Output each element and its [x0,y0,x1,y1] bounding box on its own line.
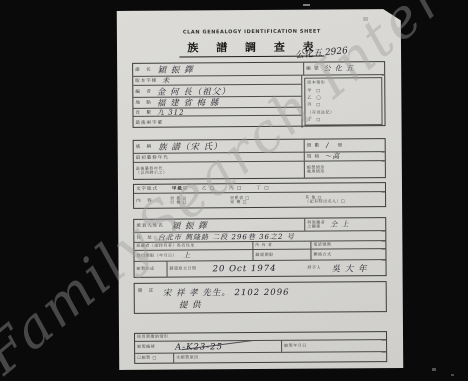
field-film-date-label: 縮製年月日 [284,344,307,349]
field-title-value: 穎 振 鐸 [158,63,194,75]
field-loan-period-label: 借用期限（年月日） [136,254,177,259]
field-call-number-label: 編 號 [306,66,319,72]
section-genealogy-details: 族 稱 族 譜（宋 氏） 冊 數 ∕ 冊 最初纂修年代 規 格 〜高 最後纂修年… [133,138,386,180]
field-compiler-value: 金 何 長（祖父） [157,85,231,97]
field-print-grade-label: 文字版式 [136,186,158,192]
field-clan-name-label: 族 稱 [136,144,153,150]
grade-option-b: 乙 □ [202,185,215,191]
field-return-deadline: 歸還期限 [252,250,310,260]
panel-option-d: 丁 □ [308,117,380,122]
field-size-label: 規 格 [307,154,320,160]
field-film-number-value-cell: A-K23-25 [173,341,281,352]
field-address: 住 址 台北市 興隆路 二段 296巷 36之2 号 [134,231,385,242]
field-handler-label: 經手人 [308,266,322,271]
field-filmed-checkbox-label: 已縮製 □ [137,356,157,361]
field-relationship-value: 仝 上 [330,219,349,229]
field-pages: 頁 數 九 312 [133,108,301,116]
page-corner-cut [382,8,402,21]
field-filming-status: 縮製情形 處理情形 [304,161,385,178]
field-return-deadline-label: 歸還期限 [255,253,273,258]
panel-title: 原本情形 [307,81,379,86]
scan-speck [432,368,436,371]
section-genealogy-identity: 譜 名 穎 振 鐸 編 號 公 化 五 版本字樣 未 編 者 [132,61,385,128]
scan-speck [303,4,310,6]
field-filmed-checkbox: 已縮製 □ [135,353,173,363]
field-last-generations: 最後兩字輩 [133,116,301,129]
field-pages-label: 頁 數 [135,109,152,115]
scanned-document-page: CLAN GENEALOGY IDENTIFICATION SHEET 族 譜 … [117,9,403,370]
field-clan-name: 族 稱 族 譜（宋 氏） [134,140,304,153]
remarks-line1: 宋 祥 孝 先生。 2102 2096 [163,286,290,299]
field-title-label: 譜 名 [135,67,152,73]
field-size-value: 〜高 [324,152,340,161]
field-owner-label: 原藏者（或持有者）姓名住址 [136,244,195,249]
field-print-grade: 文字版式 甲級☑ 乙 □ 丙 □ 丁 □ [134,183,385,193]
grade-option-d: 丁 □ [256,185,269,191]
field-last-compiled: 最後纂修年代 （以西曆示之） [134,162,304,179]
field-clan-name-value: 族 譜（宋 氏） [158,140,222,152]
field-call-number: 編 號 公 化 五 [303,62,384,75]
field-volumes: 冊 數 ∕ 冊 [304,139,385,152]
field-film-number-label: 縮製編號 [137,345,155,350]
content-option-notable-persons: （記有特出名人）□ [305,200,345,205]
field-owner: 原藏者（或持有者）姓名住址 [134,242,252,250]
field-compiler: 編 者 金 何 長（祖父） [133,85,301,97]
field-loan-period: 借用期限（年月日） 上 [134,250,252,261]
field-film-number: 縮製編號 [135,342,173,352]
field-volumes-value: ∕ [326,142,329,150]
panel-option-a: 甲 □ [307,88,379,93]
field-date-value-cell: 20 Oct 1974 [211,261,306,276]
field-applicant-name-value: 穎 振 鐸 [172,219,208,231]
original-condition-panel: 原本情形 甲 □ 乙 ◯ 丙 □ （存況註記） 丁 □ [304,77,382,126]
field-title: 譜 名 穎 振 鐸 [133,63,303,76]
section-microfilm: 使用費繳納情形 縮製編號 A-K23-25 縮製年月日 已縮製 □ 未縮製原因 [134,331,387,364]
field-holder: 所 有 者 [252,242,310,250]
field-relationship: 與原藏者 之關係 仝 上 [304,218,385,231]
field-applicant-name-label: 填表人姓名 [136,223,164,229]
field-volumes-label: 冊 數 [307,143,320,149]
field-applicant-name: 填表人姓名 穎 振 鐸 [134,219,304,232]
field-filming-done: 縮製完成 [135,262,167,277]
field-place: 地 點 福 建 省 梅 縣 [133,97,301,108]
document-header-english: CLAN GENEALOGY IDENTIFICATION SHEET [117,28,387,36]
section-remarks: 備 註 宋 祥 孝 先生。 2102 2096 提 供 [134,281,387,314]
field-date-value: 20 Oct 1974 [213,264,277,274]
remarks-line2: 提 供 [179,298,202,310]
field-edition-value: 未 [162,76,170,85]
field-not-filmed-reason: 未縮製原因 [173,352,386,363]
field-contact-method-label: 聯絡方式 [313,253,331,258]
field-compiler-label: 編 者 [135,88,152,94]
field-content-label-cell: 內 容 [134,194,168,208]
scan-speck [363,17,368,21]
field-edition-label: 版本字樣 [135,78,157,84]
field-call-number-value: 公 化 五 [324,63,355,73]
field-phone: 電話號碼 [310,241,385,249]
field-last-generations-label: 最後兩字輩 [136,120,164,126]
field-contact-method: 聯絡方式 [310,249,385,260]
field-first-compiled-label: 最初纂修年代 [136,155,169,161]
field-volumes-unit: 冊 [337,142,343,148]
field-pages-value: 九 312 [157,108,185,116]
original-condition-panel-wrap: 原本情形 甲 □ 乙 ◯ 丙 □ （存況註記） 丁 □ [301,75,384,128]
field-not-filmed-reason-label: 未縮製原因 [176,356,199,361]
field-holder-label: 所 有 者 [255,243,272,248]
content-option-family-records: 家 傳 □ [230,200,305,205]
content-option-biographies: 行 傳 □ [170,200,230,205]
field-filming-status-sublabel: 處理情形 [307,170,325,175]
section-applicant: 填表人姓名 穎 振 鐸 與原藏者 之關係 仝 上 住 址 台北市 興隆路 二段 … [133,217,386,278]
field-handler-name-cell: 吳 大 年 [329,260,385,275]
grade-option-a: 甲級☑ [172,186,188,192]
field-relationship-sublabel: 之關係 [307,225,325,230]
field-size: 規 格 〜高 [304,152,385,161]
field-first-compiled: 最初纂修年代 [134,153,304,162]
field-film-date: 縮製年月日 [281,341,386,352]
field-handler-name: 吳 大 年 [332,262,368,274]
panel-option-c: 丙 □ [307,103,379,108]
section-content-type: 文字版式 甲級☑ 乙 □ 丙 □ 丁 □ 內 容 世 系 ☑ 世系表 □ 其 他… [133,182,386,209]
field-fee-status-label: 使用費繳納情形 [137,335,169,340]
field-edition: 版本字樣 未 [133,76,301,85]
field-loan-period-value: 上 [183,251,191,261]
field-place-label: 地 點 [135,100,152,106]
remarks-label: 備 註 [138,288,155,294]
field-return-date-label: 歸還原主日期 [170,267,197,272]
field-return-date: 歸還原主日期 [167,262,211,277]
scan-speck [451,374,454,376]
field-last-compiled-sublabel: （以西曆示之） [136,171,168,176]
field-address-label: 住 址 [136,234,153,240]
field-content-label: 內 容 [136,198,153,204]
field-filming-done-label: 縮製完成 [137,267,155,272]
field-phone-label: 電話號碼 [313,243,331,248]
content-checkbox-grid: 世 系 ☑ 世系表 □ 其 他 □ 行 傳 □ 家 傳 □ （記有特出名人）□ [168,192,385,207]
panel-note: （存況註記） [307,110,379,115]
field-place-value: 福 建 省 梅 縣 [157,97,219,108]
field-handler: 經手人 [306,261,330,276]
field-address-value: 台北市 興隆路 二段 296巷 36之2 号 [158,231,295,242]
panel-option-b: 乙 ◯ [307,95,379,100]
grade-option-c: 丙 □ [229,185,242,191]
